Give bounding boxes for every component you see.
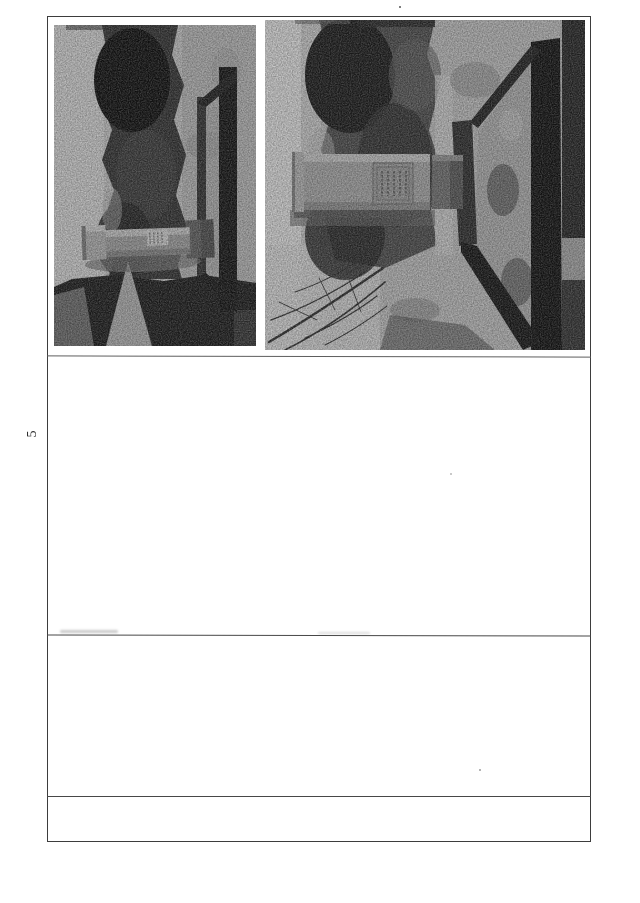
photo-monument-close bbox=[265, 20, 585, 350]
scan-speck bbox=[399, 6, 401, 8]
photo-monument-close-canvas bbox=[265, 20, 585, 350]
pencil-smudge bbox=[60, 630, 118, 633]
scan-speck bbox=[450, 473, 452, 475]
scan-speck bbox=[479, 769, 481, 771]
film-grain bbox=[265, 20, 585, 350]
photo-monument-distant bbox=[54, 25, 256, 346]
pencil-smudge bbox=[318, 632, 370, 634]
scanned-register-page: 5 bbox=[0, 0, 640, 903]
row-divider-3 bbox=[47, 796, 591, 797]
photo-monument-distant-canvas bbox=[54, 25, 256, 346]
film-grain bbox=[54, 25, 256, 346]
page-number: 5 bbox=[25, 425, 41, 443]
